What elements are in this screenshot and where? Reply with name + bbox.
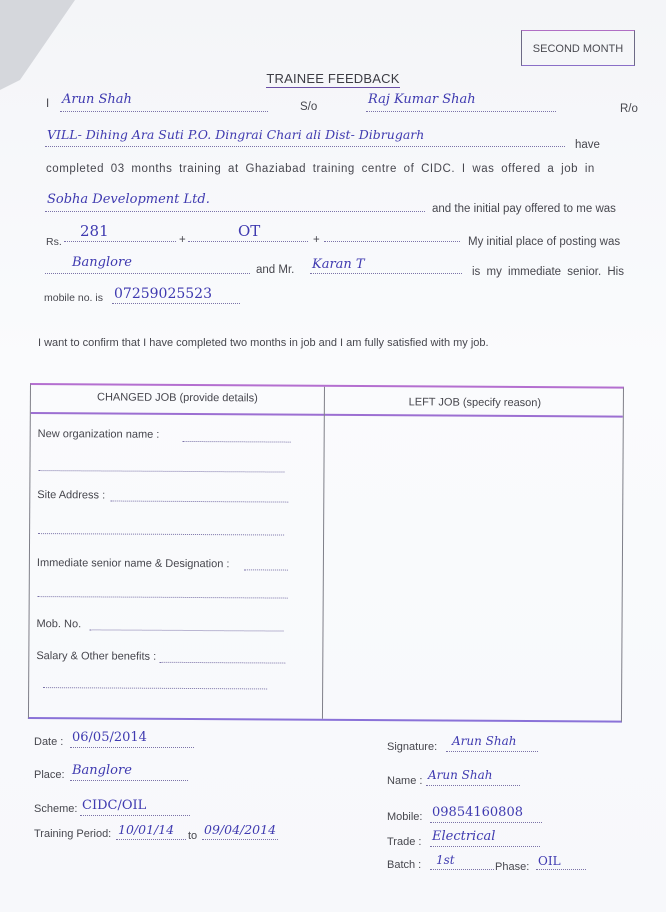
label-mobile: Mobile: — [387, 811, 422, 823]
residential-address[interactable]: VILL- Dihing Ara Suti P.O. Dingrai Chari… — [47, 127, 424, 142]
company-line — [45, 211, 425, 212]
training-statement: completed 03 months training at Ghaziaba… — [46, 163, 595, 175]
field-mob-no-line[interactable] — [89, 629, 283, 631]
senior-mobile[interactable]: 07259025523 — [114, 286, 212, 302]
plus-sign-1: + — [179, 234, 186, 246]
training-period-from-line — [116, 839, 186, 840]
second-month-badge: SECOND MONTH — [521, 30, 635, 66]
label-place: Place: — [34, 769, 65, 781]
form-title: TRAINEE FEEDBACK — [0, 71, 666, 86]
left-job-reason-area[interactable] — [326, 417, 618, 719]
label-training-period: Training Period: — [34, 828, 111, 840]
field-new-organization-line[interactable] — [183, 441, 291, 443]
label-mobile-no: mobile no. is — [44, 292, 103, 304]
label-have: have — [575, 139, 600, 151]
left-job-header: LEFT JOB (specify reason) — [325, 396, 625, 410]
training-period-to-line — [202, 839, 278, 840]
changed-job-header: CHANGED JOB (provide details) — [31, 391, 324, 405]
senior-name[interactable]: Karan T — [312, 257, 365, 272]
label-phase: Phase: — [495, 861, 529, 873]
label-so: S/o — [300, 101, 317, 113]
confirmation-statement: I want to confirm that I have completed … — [38, 337, 489, 349]
field-salary-benefits-line-2[interactable] — [43, 687, 267, 689]
posting-statement: My initial place of posting was — [468, 236, 620, 248]
pay-amount-line — [64, 241, 176, 242]
company-name[interactable]: Sobha Development Ltd. — [47, 192, 210, 207]
senior-name-line — [310, 273, 462, 274]
label-to: to — [188, 830, 197, 842]
signature-line — [446, 751, 538, 752]
label-batch: Batch : — [387, 859, 421, 871]
scheme-line — [80, 815, 190, 816]
mobile-line — [430, 822, 542, 823]
pay-statement: and the initial pay offered to me was — [432, 203, 616, 215]
table-column-divider — [322, 387, 325, 719]
place-line — [70, 780, 188, 781]
batch-value[interactable]: 1st — [436, 853, 455, 867]
plus-sign-2: + — [313, 234, 320, 246]
label-scheme: Scheme: — [34, 803, 77, 815]
mobile-value[interactable]: 09854160808 — [432, 805, 523, 820]
phase-line — [536, 869, 586, 870]
senior-statement: is my immediate senior. His — [472, 266, 624, 278]
field-salary-benefits: Salary & Other benefits : — [36, 650, 156, 663]
trade-line — [430, 846, 540, 847]
date-value[interactable]: 06/05/2014 — [72, 730, 147, 745]
field-site-address: Site Address : — [37, 489, 105, 501]
label-trade: Trade : — [387, 836, 421, 848]
pay-other-line — [324, 241, 460, 242]
name-line — [426, 785, 520, 786]
field-new-organization-line-2[interactable] — [38, 470, 284, 473]
trade-value[interactable]: Electrical — [432, 829, 495, 844]
label-i: I — [46, 98, 49, 110]
name-value[interactable]: Arun Shah — [428, 768, 493, 782]
label-and-mr: and Mr. — [256, 264, 294, 276]
field-new-organization: New organization name : — [38, 428, 160, 441]
father-name-line — [366, 111, 556, 112]
label-rs: Rs. — [46, 236, 62, 248]
father-name[interactable]: Raj Kumar Shah — [368, 92, 476, 107]
phase-value[interactable]: OIL — [538, 854, 561, 868]
field-site-address-line[interactable] — [110, 500, 288, 502]
trainee-name-line — [60, 111, 268, 112]
batch-line — [430, 869, 494, 870]
label-date: Date : — [34, 736, 63, 748]
pay-extra-line — [188, 241, 308, 242]
trainee-name[interactable]: Arun Shah — [62, 92, 132, 107]
posting-place-line — [45, 273, 250, 274]
field-senior-designation: Immediate senior name & Designation : — [37, 557, 230, 570]
label-signature: Signature: — [387, 741, 437, 753]
posting-place[interactable]: Banglore — [72, 255, 132, 270]
feedback-form-page: SECOND MONTH TRAINEE FEEDBACK I Arun Sha… — [0, 0, 666, 912]
field-mob-no: Mob. No. — [36, 618, 81, 630]
scheme-value[interactable]: CIDC/OIL — [82, 798, 146, 813]
place-value[interactable]: Banglore — [72, 763, 132, 778]
pay-extra[interactable]: OT — [238, 222, 260, 240]
field-salary-benefits-line[interactable] — [159, 662, 285, 664]
field-senior-designation-line[interactable] — [244, 569, 288, 570]
date-line — [70, 747, 194, 748]
job-change-table: CHANGED JOB (provide details) LEFT JOB (… — [28, 383, 624, 723]
address-line — [45, 146, 565, 147]
pay-amount[interactable]: 281 — [80, 222, 109, 240]
field-site-address-line-2[interactable] — [38, 533, 284, 536]
label-name: Name : — [387, 775, 422, 787]
training-period-to[interactable]: 09/04/2014 — [204, 822, 276, 837]
training-period-from[interactable]: 10/01/14 — [118, 822, 174, 837]
signature-value[interactable]: Arun Shah — [452, 734, 517, 748]
label-ro: R/o — [620, 103, 638, 115]
senior-mobile-line — [112, 303, 240, 304]
field-senior-designation-line-2[interactable] — [38, 596, 288, 599]
